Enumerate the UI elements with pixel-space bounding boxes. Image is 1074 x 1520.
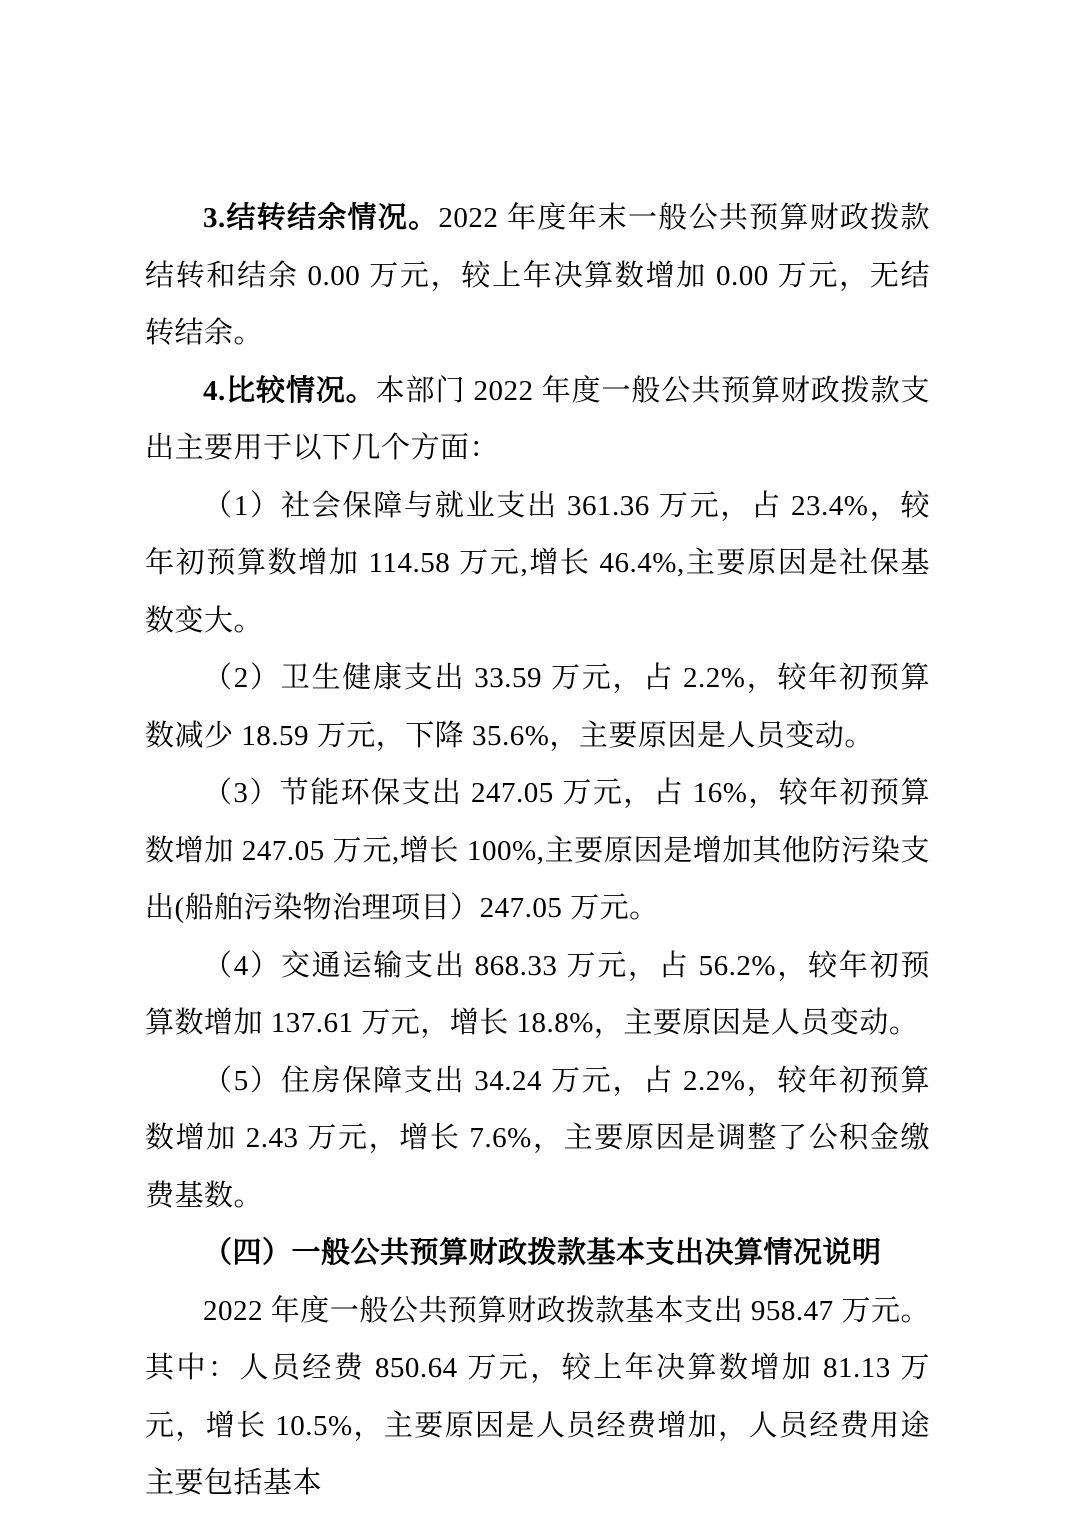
para-item-5-housing: （5）住房保障支出 34.24 万元，占 2.2%，较年初预算数增加 2.43 … [145,1053,930,1226]
para-carryover-balance: 3.结转结余情况。2022 年度年末一般公共预算财政拨款结转和结余 0.00 万… [145,190,930,363]
para-comparison-intro: 4.比较情况。本部门 2022 年度一般公共预算财政拨款支出主要用于以下几个方面… [145,363,930,478]
para-comparison-intro-lead: 4.比较情况。 [203,375,376,407]
para-item-5-text: （5）住房保障支出 34.24 万元，占 2.2%，较年初预算数增加 2.43 … [145,1065,930,1212]
heading-section-4-lead: （四）一般公共预算财政拨款基本支出决算情况说明 [203,1237,882,1269]
document-page: { "document": { "language": "zh-CN", "co… [0,0,1074,1520]
para-item-1-social-security: （1）社会保障与就业支出 361.36 万元，占 23.4%，较年初预算数增加 … [145,478,930,651]
para-item-4-transportation: （4）交通运输支出 868.33 万元，占 56.2%，较年初预算数增加 137… [145,938,930,1053]
para-basic-expenditure-detail: 2022 年度一般公共预算财政拨款基本支出 958.47 万元。其中：人员经费 … [145,1283,930,1513]
para-item-3-energy-conservation: （3）节能环保支出 247.05 万元，占 16%，较年初预算数增加 247.0… [145,765,930,938]
para-basic-expenditure-text: 2022 年度一般公共预算财政拨款基本支出 958.47 万元。其中：人员经费 … [145,1295,930,1500]
para-item-4-text: （4）交通运输支出 868.33 万元，占 56.2%，较年初预算数增加 137… [145,950,930,1040]
para-carryover-balance-lead: 3.结转结余情况。 [203,202,438,234]
para-item-2-health: （2）卫生健康支出 33.59 万元，占 2.2%，较年初预算数减少 18.59… [145,650,930,765]
text-block: 3.结转结余情况。2022 年度年末一般公共预算财政拨款结转和结余 0.00 万… [145,190,930,1513]
para-item-1-text: （1）社会保障与就业支出 361.36 万元，占 23.4%，较年初预算数增加 … [145,490,930,637]
heading-section-4-basic-expenditure: （四）一般公共预算财政拨款基本支出决算情况说明 [145,1225,930,1283]
para-item-3-text: （3）节能环保支出 247.05 万元，占 16%，较年初预算数增加 247.0… [145,777,930,924]
para-item-2-text: （2）卫生健康支出 33.59 万元，占 2.2%，较年初预算数减少 18.59… [145,662,930,752]
